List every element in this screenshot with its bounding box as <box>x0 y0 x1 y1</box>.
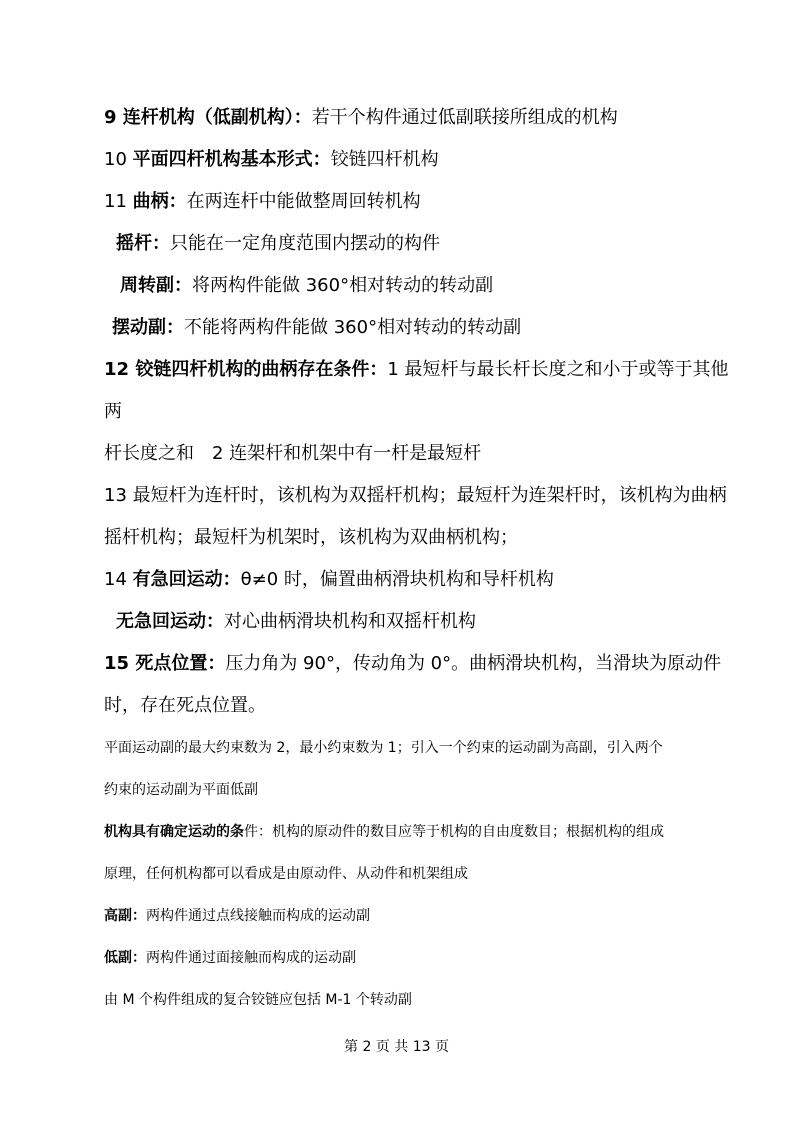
text-segment: 约束的运动副为平面低副 <box>104 782 258 798</box>
text-segment: 摆动副： <box>112 317 184 338</box>
text-segment: 杆长度之和 2 连架杆和机架中有一杆是最短杆 <box>104 443 481 464</box>
text-line: 原理，任何机构都可以看成是由原动件、从动件和机架组成 <box>104 853 723 895</box>
text-segment: 将两构件能做 360°相对转动的转动副 <box>192 275 493 296</box>
text-segment: 铰链四杆机构 <box>331 149 439 170</box>
text-segment: 高副： <box>104 908 146 924</box>
text-segment: 无急回运动： <box>116 611 224 632</box>
document-content: 9 连杆机构（低副机构）：若干个构件通过低副联接所组成的机构10 平面四杆机构基… <box>104 97 723 1021</box>
text-segment: 13 最短杆为连杆时，该机构为双摇杆机构；最短杆为连架杆时，该机构为曲柄 <box>104 485 727 506</box>
text-segment: 原理，任何机构都可以看成是由原动件、从动件和机架组成 <box>104 866 468 882</box>
text-segment: 15 死点位置： <box>104 653 225 674</box>
text-line: 10 平面四杆机构基本形式：铰链四杆机构 <box>104 139 723 181</box>
text-segment: 两构件通过面接触而构成的运动副 <box>146 950 356 966</box>
text-line: 12 铰链四杆机构的曲柄存在条件：1 最短杆与最长杆长度之和小于或等于其他 <box>104 349 723 391</box>
text-line: 14 有急回运动：θ≠0 时，偏置曲柄滑块机构和导杆机构 <box>104 559 723 601</box>
text-segment: θ≠0 时，偏置曲柄滑块机构和导杆机构 <box>241 569 554 590</box>
text-segment: 摇杆： <box>116 233 170 254</box>
document-page: 9 连杆机构（低副机构）：若干个构件通过低副联接所组成的机构10 平面四杆机构基… <box>0 0 793 1122</box>
text-segment: 对心曲柄滑块机构和双摇杆机构 <box>224 611 476 632</box>
text-segment: 有急回运动： <box>133 569 241 590</box>
text-segment: 件：机构的原动件的数目应等于机构的自由度数目；根据机构的组成 <box>244 824 664 840</box>
text-line: 时，存在死点位置。 <box>104 685 723 727</box>
text-segment: 平面四杆机构基本形式： <box>133 149 331 170</box>
page-number-label: 第 2 页 共 13 页 <box>344 1039 449 1055</box>
text-segment: 周转副： <box>120 275 192 296</box>
text-line: 无急回运动：对心曲柄滑块机构和双摇杆机构 <box>104 601 723 643</box>
text-segment: 由 M 个构件组成的复合铰链应包括 M-1 个转动副 <box>104 992 412 1008</box>
text-line: 摇杆机构；最短杆为机架时，该机构为双曲柄机构； <box>104 517 723 559</box>
text-line: 低副：两构件通过面接触而构成的运动副 <box>104 937 723 979</box>
text-line: 13 最短杆为连杆时，该机构为双摇杆机构；最短杆为连架杆时，该机构为曲柄 <box>104 475 723 517</box>
text-segment: 在两连杆中能做整周回转机构 <box>187 191 421 212</box>
text-segment: 时，存在死点位置。 <box>104 695 266 716</box>
text-line: 周转副：将两构件能做 360°相对转动的转动副 <box>104 265 723 307</box>
text-segment: 只能在一定角度范围内摆动的构件 <box>170 233 440 254</box>
text-segment: 压力角为 90°，传动角为 0°。曲柄滑块机构，当滑块为原动件 <box>225 653 721 674</box>
text-segment: 机构具有确定运动的条 <box>104 824 244 840</box>
text-segment: 不能将两构件能做 360°相对转动的转动副 <box>184 317 521 338</box>
text-segment: 1 最短杆与最长杆长度之和小于或等于其他 <box>387 359 728 380</box>
text-segment: 14 <box>104 569 133 590</box>
text-line: 约束的运动副为平面低副 <box>104 769 723 811</box>
text-segment: 低副： <box>104 950 146 966</box>
text-line: 摆动副：不能将两构件能做 360°相对转动的转动副 <box>104 307 723 349</box>
text-line: 杆长度之和 2 连架杆和机架中有一杆是最短杆 <box>104 433 723 475</box>
page-footer: 第 2 页 共 13 页 <box>0 1026 793 1068</box>
text-segment: 10 <box>104 149 133 170</box>
text-segment: 若干个构件通过低副联接所组成的机构 <box>312 107 618 128</box>
text-line: 摇杆：只能在一定角度范围内摆动的构件 <box>104 223 723 265</box>
text-segment: 两 <box>104 401 122 422</box>
text-segment: 摇杆机构；最短杆为机架时，该机构为双曲柄机构； <box>104 527 518 548</box>
text-segment: 两构件通过点线接触而构成的运动副 <box>146 908 370 924</box>
text-line: 高副：两构件通过点线接触而构成的运动副 <box>104 895 723 937</box>
text-line: 机构具有确定运动的条件：机构的原动件的数目应等于机构的自由度数目；根据机构的组成 <box>104 811 723 853</box>
text-segment: 11 <box>104 191 133 212</box>
text-line: 平面运动副的最大约束数为 2，最小约束数为 1；引入一个约束的运动副为高副，引入… <box>104 727 723 769</box>
text-segment: 12 铰链四杆机构的曲柄存在条件： <box>104 359 387 380</box>
text-line: 9 连杆机构（低副机构）：若干个构件通过低副联接所组成的机构 <box>104 97 723 139</box>
text-segment: 曲柄： <box>133 191 187 212</box>
text-line: 由 M 个构件组成的复合铰链应包括 M-1 个转动副 <box>104 979 723 1021</box>
text-line: 两 <box>104 391 723 433</box>
text-segment: 9 连杆机构（低副机构）： <box>104 107 312 128</box>
text-line: 15 死点位置：压力角为 90°，传动角为 0°。曲柄滑块机构，当滑块为原动件 <box>104 643 723 685</box>
text-segment: 平面运动副的最大约束数为 2，最小约束数为 1；引入一个约束的运动副为高副，引入… <box>104 740 663 756</box>
text-line: 11 曲柄：在两连杆中能做整周回转机构 <box>104 181 723 223</box>
